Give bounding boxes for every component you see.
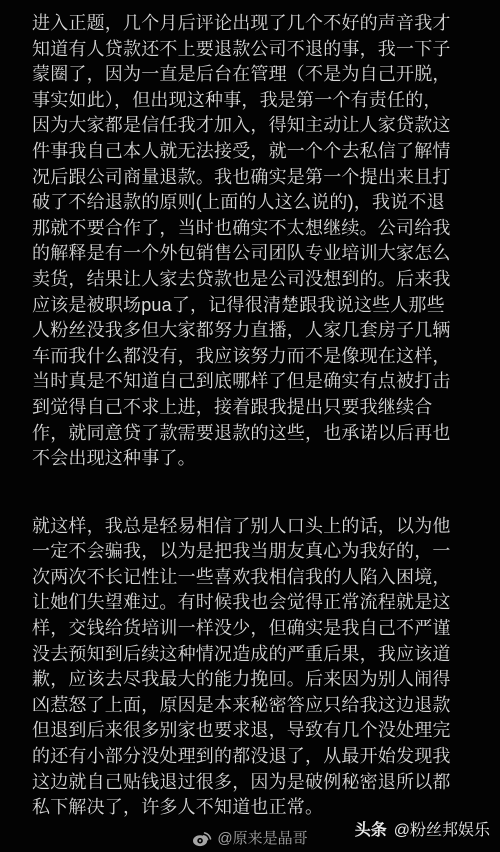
weibo-watermark: @原来是晶哥 bbox=[192, 827, 307, 848]
post-text: 进入正题，几个月后评论出现了几个不好的声音我才 知道有人贷款还不上要退款公司不退… bbox=[32, 11, 474, 821]
post-paragraph-2: 就这样，我总是轻易相信了别人口头上的话，以为他 一定不会骗我，以为是把我当朋友真… bbox=[32, 514, 474, 821]
post-paragraph-1: 进入正题，几个月后评论出现了几个不好的声音我才 知道有人贷款还不上要退款公司不退… bbox=[32, 11, 474, 472]
weibo-username: @原来是晶哥 bbox=[217, 827, 307, 848]
toutiao-logo: 头条 bbox=[355, 822, 387, 839]
toutiao-watermark: 头条@粉丝邦娱乐 bbox=[355, 817, 490, 840]
weibo-logo-icon bbox=[192, 829, 212, 847]
toutiao-username: @粉丝邦娱乐 bbox=[394, 822, 490, 839]
post-screenshot: 进入正题，几个月后评论出现了几个不好的声音我才 知道有人贷款还不上要退款公司不退… bbox=[0, 0, 500, 852]
